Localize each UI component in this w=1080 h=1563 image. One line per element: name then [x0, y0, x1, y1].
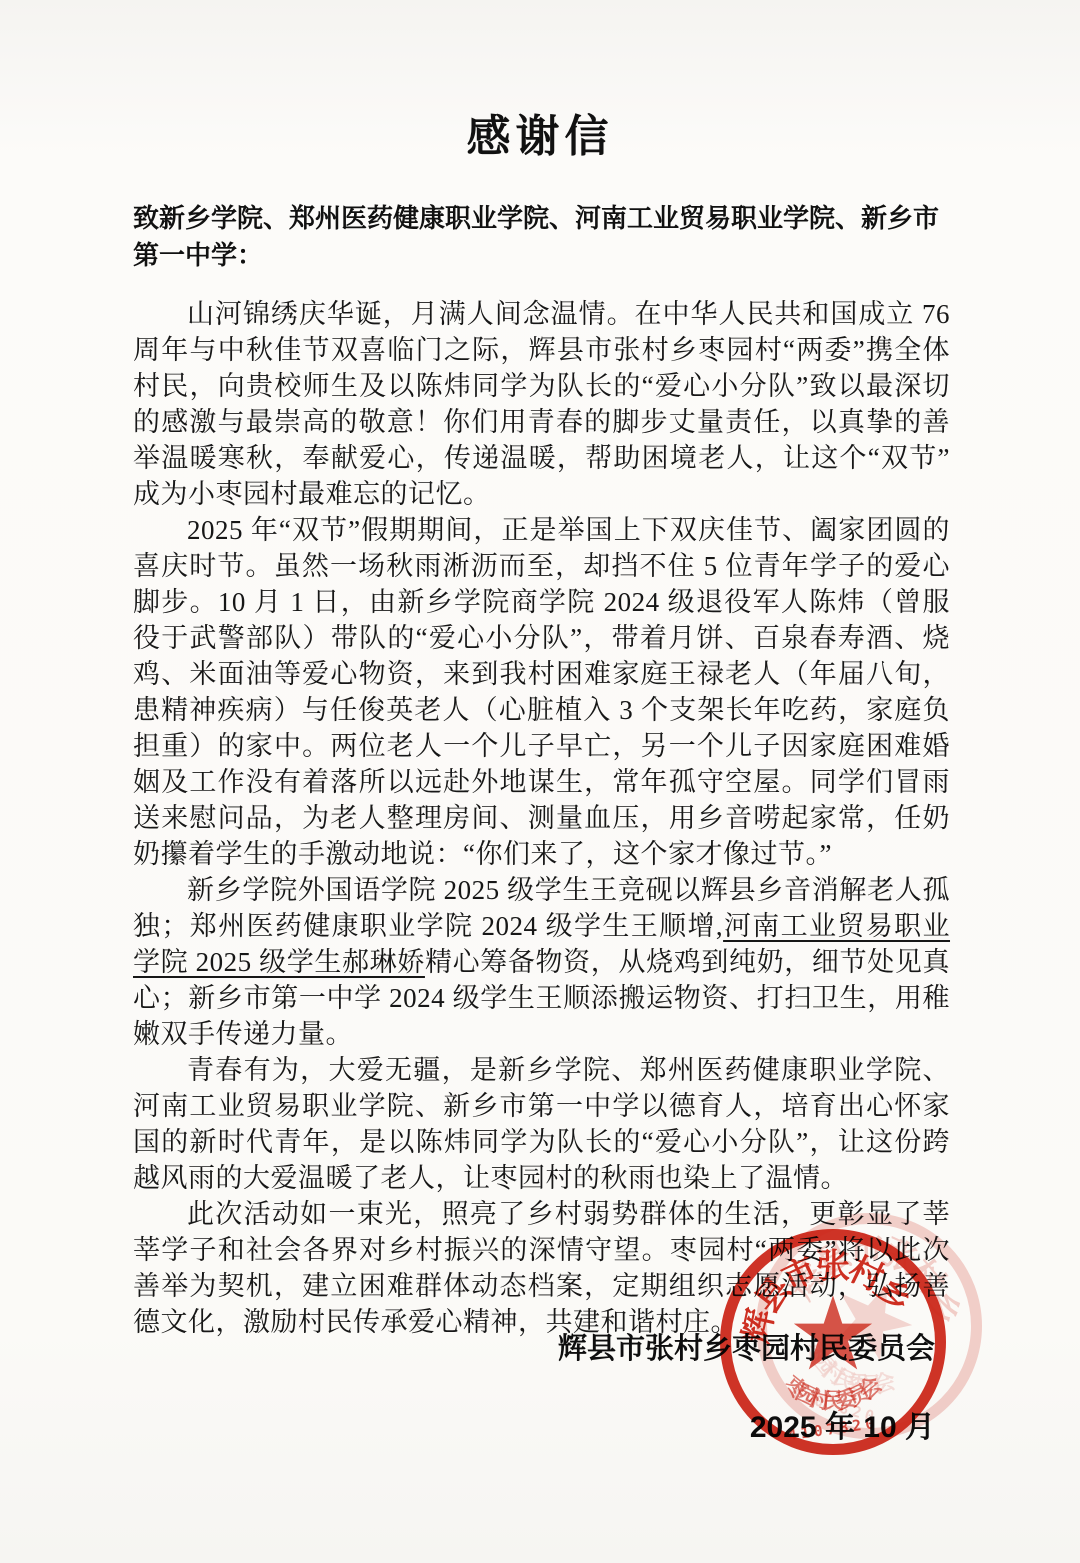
paragraph-text: 青春有为，大爱无疆，是新乡学院、郑州医药健康职业学院、河南工业贸易职业学院、新乡…: [133, 1055, 950, 1193]
seal-inner-character: 枣: [778, 1368, 815, 1406]
letter-salutation: 致新乡学院、郑州医药健康职业学院、河南工业贸易职业学院、新乡市第一中学：: [133, 198, 950, 272]
seal-inner-character: 会: [869, 1364, 898, 1400]
paragraph: 2025 年“双节”假期期间，正是举国上下双庆佳节、阖家团圆的喜庆时节。虽然一场…: [133, 512, 950, 872]
signature-committee-name: 辉县市张村乡枣园村民委员会: [558, 1326, 935, 1367]
paragraph-text: 此次活动如一束光，照亮了乡村弱势群体的生活，更彰显了莘莘学子和社会各界对乡村振兴…: [133, 1199, 950, 1337]
paragraph: 青春有为，大爱无疆，是新乡学院、郑州医药健康职业学院、河南工业贸易职业学院、新乡…: [133, 1052, 950, 1196]
paragraph: 新乡学院外国语学院 2025 级学生王竞砚以辉县乡音消解老人孤独；郑州医药健康职…: [133, 872, 950, 1052]
letter-body: 山河锦绣庆华诞，月满人间念温情。在中华人民共和国成立 76 周年与中秋佳节双喜临…: [133, 296, 950, 1340]
letter-date: 2025 年 10 月: [750, 1402, 935, 1446]
letter-title: 感谢信: [0, 0, 1080, 164]
seal-inner-character: 委: [844, 1366, 872, 1401]
seal-inner-character: 员: [859, 1368, 882, 1400]
thank-you-letter-page: 感谢信 致新乡学院、郑州医药健康职业学院、河南工业贸易职业学院、新乡市第一中学：…: [0, 0, 1080, 1563]
seal-inner-character: 会: [851, 1368, 888, 1406]
paragraph-text: 山河锦绣庆华诞，月满人间念温情。在中华人民共和国成立 76 周年与中秋佳节双喜临…: [133, 299, 950, 509]
paragraph: 山河锦绣庆华诞，月满人间念温情。在中华人民共和国成立 76 周年与中秋佳节双喜临…: [133, 296, 950, 512]
paragraph: 此次活动如一束光，照亮了乡村弱势群体的生活，更彰显了莘莘学子和社会各界对乡村振兴…: [133, 1196, 950, 1340]
paragraph-text: 2025 年“双节”假期期间，正是举国上下双庆佳节、阖家团圆的喜庆时节。虽然一场…: [133, 515, 950, 869]
